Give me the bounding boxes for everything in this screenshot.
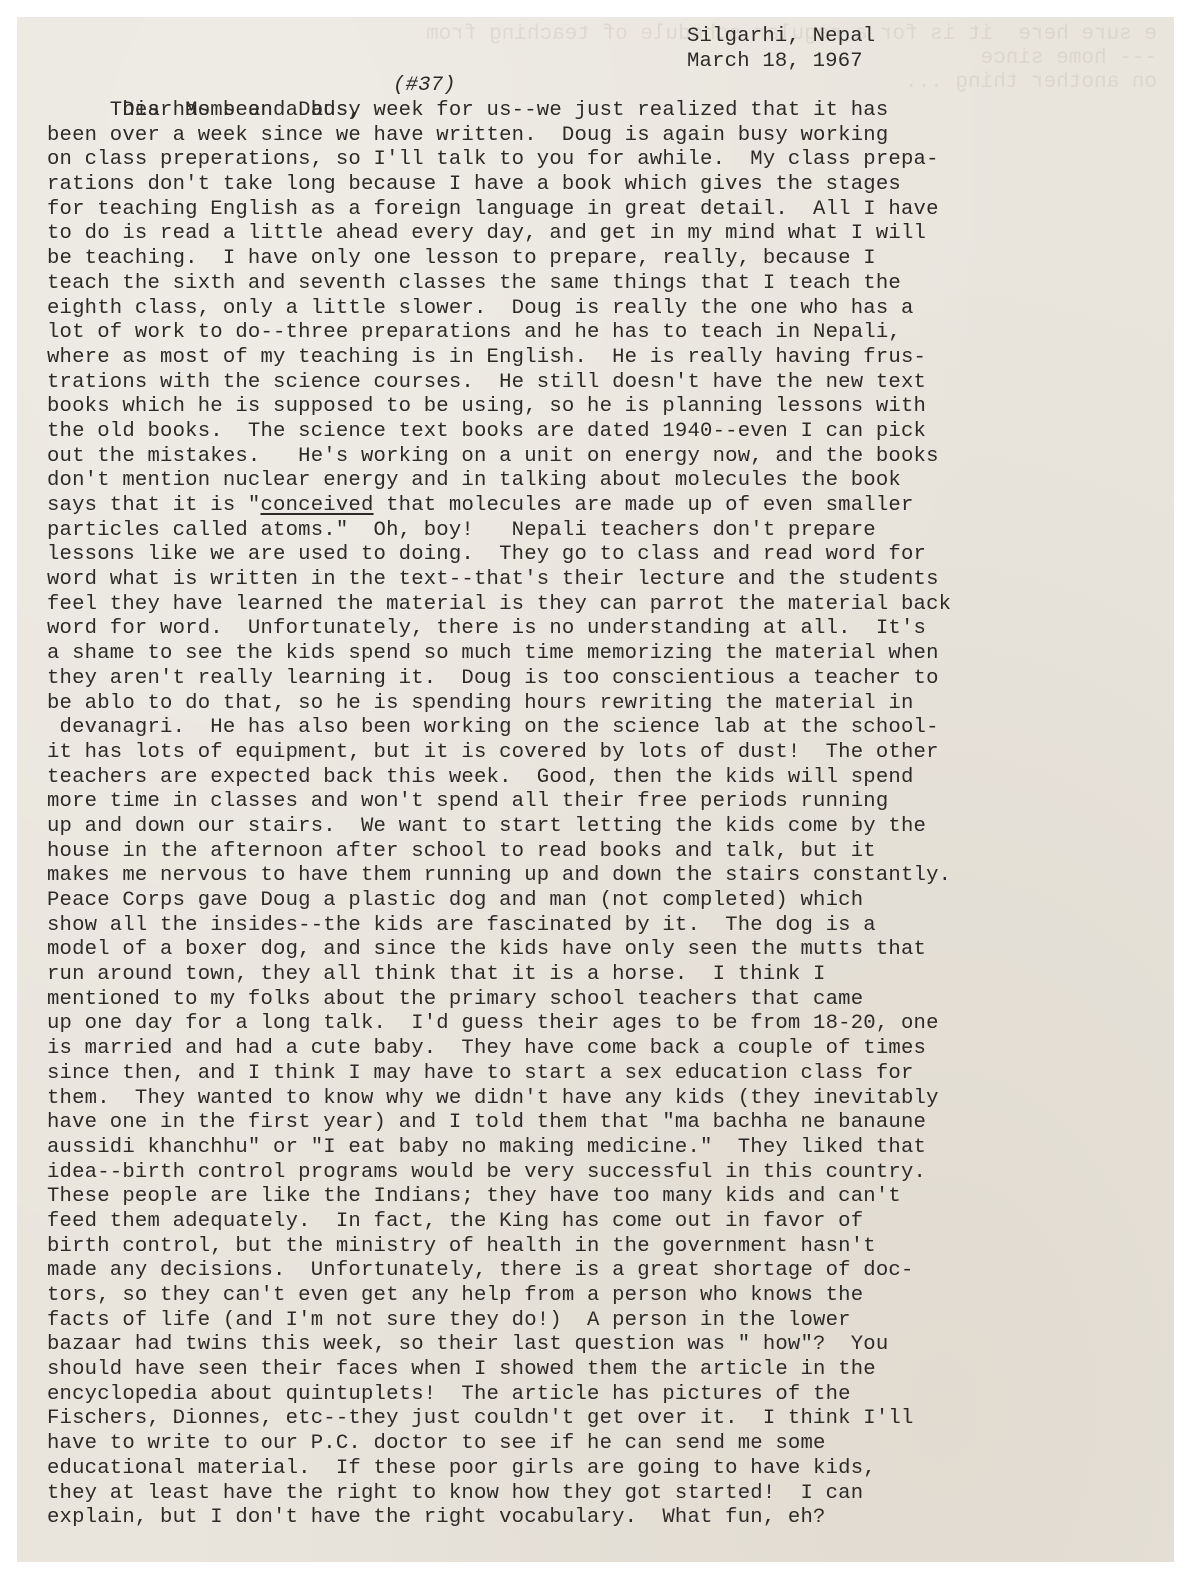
letter-line: educational material. If these poor girl… xyxy=(47,1457,951,1482)
letter-number: (#37) xyxy=(393,74,456,99)
letter-line: up and down our stairs. We want to start… xyxy=(47,815,951,840)
letter-line: made any decisions. Unfortunately, there… xyxy=(47,1259,951,1284)
letter-line: house in the afternoon after school to r… xyxy=(47,840,951,865)
letter-line: been over a week since we have written. … xyxy=(47,124,951,149)
letter-line: up one day for a long talk. I'd guess th… xyxy=(47,1012,951,1037)
letter-line: teach the sixth and seventh classes the … xyxy=(47,272,951,297)
letter-line: idea--birth control programs would be ve… xyxy=(47,1161,951,1186)
letter-line: to do is read a little ahead every day, … xyxy=(47,222,951,247)
underlined-word: conceived xyxy=(261,494,374,517)
letter-line: the old books. The science text books ar… xyxy=(47,420,951,445)
letter-line: explain, but I don't have the right voca… xyxy=(47,1506,951,1531)
letter-line: feed them adequately. In fact, the King … xyxy=(47,1210,951,1235)
letter-line: rations don't take long because I have a… xyxy=(47,173,951,198)
letter-line: trations with the science courses. He st… xyxy=(47,371,951,396)
letter-line: model of a boxer dog, and since the kids… xyxy=(47,938,951,963)
letter-line: says that it is "conceived that molecule… xyxy=(47,494,951,519)
letter-line: run around town, they all think that it … xyxy=(47,963,951,988)
letter-body: This has been a busy week for us--we jus… xyxy=(47,99,951,1531)
letter-line: lessons like we are used to doing. They … xyxy=(47,543,951,568)
letter-line: a shame to see the kids spend so much ti… xyxy=(47,642,951,667)
letter-line: encyclopedia about quintuplets! The arti… xyxy=(47,1383,951,1408)
letter-date: March 18, 1967 xyxy=(687,50,875,75)
letter-line: These people are like the Indians; they … xyxy=(47,1185,951,1210)
letter-line: them. They wanted to know why we didn't … xyxy=(47,1087,951,1112)
letter-line: have one in the first year) and I told t… xyxy=(47,1111,951,1136)
letter-line: they at least have the right to know how… xyxy=(47,1482,951,1507)
letter-line: facts of life (and I'm not sure they do!… xyxy=(47,1309,951,1334)
letter-line: word for word. Unfortunately, there is n… xyxy=(47,617,951,642)
letter-line: Peace Corps gave Doug a plastic dog and … xyxy=(47,889,951,914)
letter-page: e sure here it is for a regular schedule… xyxy=(17,17,1174,1562)
letter-line: tors, so they can't even get any help fr… xyxy=(47,1284,951,1309)
letter-line: lot of work to do--three preparations an… xyxy=(47,321,951,346)
letter-line: feel they have learned the material is t… xyxy=(47,593,951,618)
letter-line: more time in classes and won't spend all… xyxy=(47,790,951,815)
letter-line: they aren't really learning it. Doug is … xyxy=(47,667,951,692)
letter-line: is married and had a cute baby. They hav… xyxy=(47,1037,951,1062)
letter-line: Fischers, Dionnes, etc--they just couldn… xyxy=(47,1407,951,1432)
letter-line: where as most of my teaching is in Engli… xyxy=(47,346,951,371)
letter-line: word what is written in the text--that's… xyxy=(47,568,951,593)
letter-line: for teaching English as a foreign langua… xyxy=(47,198,951,223)
letter-line: particles called atoms." Oh, boy! Nepali… xyxy=(47,519,951,544)
letter-header: Silgarhi, Nepal March 18, 1967 xyxy=(687,25,875,74)
letter-line: books which he is supposed to be using, … xyxy=(47,395,951,420)
letter-line: be ablo to do that, so he is spending ho… xyxy=(47,692,951,717)
letter-line: mentioned to my folks about the primary … xyxy=(47,988,951,1013)
letter-place: Silgarhi, Nepal xyxy=(687,25,875,50)
letter-line: aussidi khanchhu" or "I eat baby no maki… xyxy=(47,1136,951,1161)
letter-line: on class preperations, so I'll talk to y… xyxy=(47,148,951,173)
letter-line: show all the insides--the kids are fasci… xyxy=(47,914,951,939)
letter-line: teachers are expected back this week. Go… xyxy=(47,766,951,791)
letter-line: This has been a busy week for us--we jus… xyxy=(47,99,951,124)
letter-line: birth control, but the ministry of healt… xyxy=(47,1235,951,1260)
letter-line: have to write to our P.C. doctor to see … xyxy=(47,1432,951,1457)
letter-line: makes me nervous to have them running up… xyxy=(47,864,951,889)
letter-line: bazaar had twins this week, so their las… xyxy=(47,1333,951,1358)
letter-line: be teaching. I have only one lesson to p… xyxy=(47,247,951,272)
letter-line: devanagri. He has also been working on t… xyxy=(47,716,951,741)
letter-line: don't mention nuclear energy and in talk… xyxy=(47,469,951,494)
letter-line: since then, and I think I may have to st… xyxy=(47,1062,951,1087)
letter-line: it has lots of equipment, but it is cove… xyxy=(47,741,951,766)
letter-line: should have seen their faces when I show… xyxy=(47,1358,951,1383)
letter-line: out the mistakes. He's working on a unit… xyxy=(47,445,951,470)
letter-line: eighth class, only a little slower. Doug… xyxy=(47,297,951,322)
